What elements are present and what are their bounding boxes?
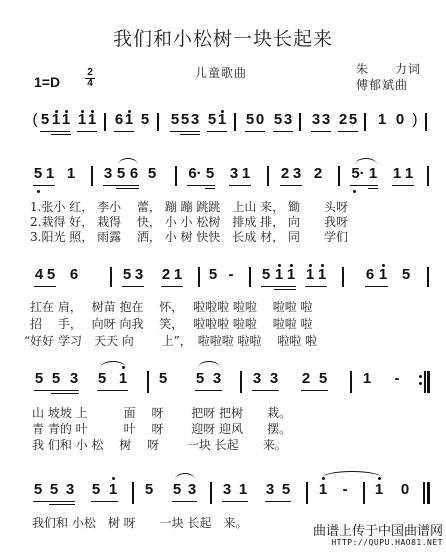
octave-dot [65,110,68,113]
barline [338,166,340,186]
underline [245,131,265,132]
time-signature-bottom: 4 [85,79,95,89]
underline [161,286,183,287]
note: 1 [317,267,327,283]
note: 5 [281,482,291,498]
note: 1 [274,267,284,283]
lyrics-final: 我们和 小松 树 呀 一块 长起 来。 [32,516,247,531]
note: 1 [124,112,134,128]
note: 1 [318,482,328,498]
underline [261,286,296,287]
underline [97,390,128,391]
note: 5 [122,267,132,283]
barline [175,166,177,186]
barline [342,267,344,287]
underline [368,188,378,189]
note: 1 [362,371,372,387]
watermark-text: 曲谱上传于中国曲谱网 [313,520,443,539]
octave-dot [221,110,224,113]
underline [33,501,75,502]
underline [187,185,215,186]
note: 3 [252,371,262,387]
barline [267,166,269,186]
octave-dot [91,110,94,113]
final-barline [427,482,430,504]
octave-dot [321,264,324,267]
underline [34,286,56,287]
underline [280,185,302,186]
barline [234,113,236,131]
barline [104,113,106,131]
note: 5 [208,267,218,283]
barline [364,113,366,131]
note: ( [30,112,40,128]
barline [110,267,112,287]
note: 5 [195,371,205,387]
underline [116,188,139,189]
score-system-1: ( 5 1 1 1 1 6 1 5 5 5 3 5 1 5 0 5 3 3 3 … [0,112,446,146]
underline [273,131,293,132]
tie [322,471,382,478]
time-signature-top: 2 [85,68,95,78]
note: 1 [305,267,315,283]
note: 5 [180,112,190,128]
barline [249,267,251,287]
underline [350,185,378,186]
note: 3 [321,112,331,128]
underline [51,393,79,394]
note: 1 [87,112,97,128]
octave-dot [382,264,385,267]
note: 1 [404,166,414,182]
note: 0 [255,112,265,128]
underline [114,131,134,132]
note: 1 [66,166,76,182]
underline [103,185,139,186]
note: 1 [286,267,296,283]
note: 5 [245,112,255,128]
note: 5 [40,112,50,128]
note: 1 [61,112,71,128]
underline [34,390,79,391]
note: 0 [400,482,410,498]
barline [132,482,134,504]
note: 5 [205,166,215,182]
song-genre: 儿童歌曲 [195,64,247,81]
octave-dot [278,264,281,267]
underline [222,501,248,502]
lyrics-verse-3: 3.阳光 照， 雨露 洒， 小 树 快快 长成 材， 同 学们 [30,230,348,245]
note: 3 [69,371,79,387]
underline [301,390,328,391]
underline [338,131,358,132]
note: 5 [318,371,328,387]
note: 5 [51,371,61,387]
note: 3 [292,166,302,182]
note: 5 [33,482,43,498]
note: 3 [212,371,222,387]
barline [306,482,308,504]
lyrics-verse-2: 2.栽得 好， 栽得 快， 小 小 松树 排成 排， 向 我呀 [30,215,348,230]
note: 5 [401,267,411,283]
note: 5 [116,166,126,182]
score-system-3: 4 5 6 5 3 2 1 5 - 5 1 1 1 1 6 1 5 [0,267,446,301]
note: 2 [280,166,290,182]
note: 2 [301,371,311,387]
slur [175,473,195,480]
underline [170,131,200,132]
note: 5 [97,371,107,387]
note: 5 [158,371,168,387]
score-system-5: 5 5 3 5 1 5 5 3 3 1 3 5 1 - 1 0 [0,482,446,516]
note: 3 [190,112,200,128]
underline [205,188,215,189]
barline [427,267,429,287]
underline [172,501,197,502]
note: 3 [269,371,279,387]
note: 1 [173,267,183,283]
underline [252,390,279,391]
note: 5 [273,112,283,128]
barline [363,482,365,504]
note: 5· [350,166,366,182]
note: 5 [33,166,43,182]
note: 6 [129,166,139,182]
underline [311,131,331,132]
underline [229,185,251,186]
underline [274,289,296,290]
note: 3 [134,267,144,283]
barline [210,482,212,504]
barline [147,371,149,393]
underline [392,185,414,186]
barline [427,166,429,186]
note: 6· [187,166,203,182]
note: 5 [348,112,358,128]
note: 5 [207,112,217,128]
note: 3 [265,482,275,498]
note: 5 [261,267,271,283]
note: 5 [140,112,150,128]
song-title: 我们和小松树一块长起来 [0,24,446,51]
underline [40,131,70,132]
octave-dot-low [353,190,356,193]
barline [157,113,159,131]
note: ) [410,112,420,128]
note: 3 [283,112,293,128]
note: 1 [378,267,388,283]
note: 3 [187,482,197,498]
note: 2 [338,112,348,128]
repeat-end-barline [427,371,430,393]
barline [240,371,242,393]
note: 3 [65,482,75,498]
octave-dot [128,110,131,113]
note: 5 [172,482,182,498]
note: 0 [395,112,405,128]
lyrics-verse-1: 扛在 肩， 树苗 抱在 怀， 啦啦啦 啦啦 啦啦 啦 [30,300,313,315]
barline [198,267,200,287]
underline [305,286,327,287]
barline [423,482,425,504]
note: 3 [311,112,321,128]
watermark-url: HTTP://QUPU.HAO81.NET [331,538,443,547]
underline [77,131,97,132]
note: 3 [229,166,239,182]
note: 1 [368,166,378,182]
note: 5 [144,482,154,498]
barline [299,113,301,131]
note: 6 [114,112,124,128]
underline [33,185,55,186]
note: - [226,267,236,283]
note: 5 [147,166,157,182]
note: 5 [34,371,44,387]
lyrics-verse-3: 我 们和 小 松 树 呀 一块 长起 来。 [32,438,287,453]
lyricist-credit: 朱 力词 [356,60,421,77]
score-system-2: 5 1 1 3 5 6 5 6· 5 3 1 2 3 2 5· 1 1 1 [0,166,446,200]
key-signature: 1=D [34,74,60,90]
note: 2 [313,166,323,182]
barline [425,113,427,131]
note: 1 [77,112,87,128]
note: 1 [108,482,118,498]
note: 1 [118,371,128,387]
underline [207,131,227,132]
note: 1 [51,112,61,128]
octave-dot [290,264,293,267]
note: 6 [365,267,375,283]
note: - [392,371,402,387]
lyrics-verse-2: 招 手， 向呀 向我 笑， 啦啦啦 啦啦 啦啦 啦 [30,317,313,332]
underline [51,134,71,135]
lyrics-verse-2: 青 青的 叶 叶 呀 迎呀 迎风 摆。 [32,422,291,437]
underline [265,501,291,502]
slur [118,158,138,165]
note: 1 [377,112,387,128]
note: 5 [46,267,56,283]
slur [355,158,377,165]
note: 1 [217,112,227,128]
barline [350,371,352,393]
note: 5 [91,482,101,498]
note: 1 [45,166,55,182]
time-signature: 2 4 [85,68,95,89]
note: - [340,482,350,498]
slur [198,361,220,368]
octave-dot-low [37,190,40,193]
underline [122,286,144,287]
note: 1 [374,482,384,498]
note: 1 [238,482,248,498]
lyrics-verse-1: 山 坡坡 上 面 呀 把呀 把树 栽。 [32,406,291,421]
note: 2 [161,267,171,283]
note: 3 [222,482,232,498]
underline [195,390,222,391]
score-system-4: 5 5 3 5 1 5 5 3 3 3 2 5 1 - [0,371,446,405]
octave-dot [81,110,84,113]
underline [91,501,118,502]
lyrics-verse-1: 1.张小 红， 李小 蕾， 蹦 蹦 跳跳 上山 来， 锄 头呀 [30,200,348,215]
repeat-dot [419,382,422,385]
octave-dot [55,110,58,113]
underline [365,286,388,287]
note: 1 [392,166,402,182]
barline [424,371,426,393]
slur [100,361,126,368]
note: 6 [69,267,79,283]
lyrics-verse-3: “好好 学习 天天 向 上”， 啦啦啦 啦啦 啦啦 啦 [24,334,317,349]
octave-dot [309,264,312,267]
octave-dot [112,477,115,480]
note: 3 [103,166,113,182]
note: 1 [241,166,251,182]
barline [91,166,93,186]
repeat-dot [419,375,422,378]
note: 5 [49,482,59,498]
composer-credit: 傅郁斌曲 [356,76,408,93]
note: 4 [34,267,44,283]
underline [49,504,75,505]
note: 5 [170,112,180,128]
underline [180,134,200,135]
